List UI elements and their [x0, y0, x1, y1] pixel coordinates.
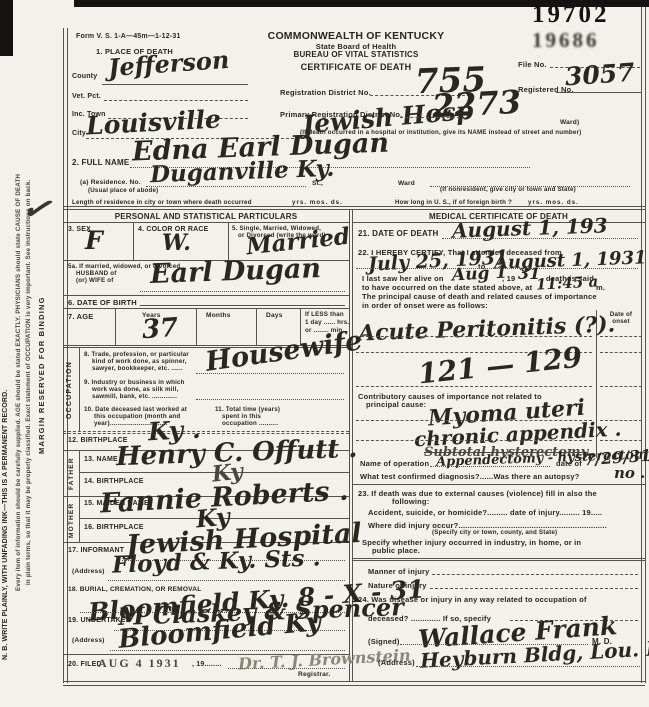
primary-district-line: [400, 117, 460, 118]
operation-line: [430, 466, 550, 467]
margin-binding-label: MARGIN RESERVED FOR BINDING: [37, 268, 46, 483]
residence-label: (a) Residence. No.: [80, 179, 141, 187]
registered-no-line: [556, 92, 642, 93]
dob-label: 6. DATE OF BIRTH: [68, 298, 137, 307]
age-div-1: [115, 308, 116, 345]
occ8-label-c: sawyer, bookkeeper, etc. ......: [92, 365, 183, 373]
mother-cell-divider: [79, 496, 80, 542]
mother-vertical-label: MOTHER: [68, 498, 75, 542]
file-no-label: File No.: [518, 60, 547, 69]
father-vertical-label: FATHER: [68, 452, 75, 496]
scan-left-edge: [0, 0, 13, 56]
q23-line-e: (Specify city or town, county, and State…: [432, 529, 557, 537]
q23-line-b: following:: [392, 497, 429, 506]
age-label: 7. AGE: [68, 312, 94, 321]
county-line: [102, 84, 248, 85]
occurred-line: to have occurred on the date stated abov…: [362, 283, 532, 292]
age-days-label: Days: [266, 312, 283, 320]
nonresident-line: [430, 186, 630, 187]
row5a-bottom-line: [63, 295, 349, 296]
signed-label: (Signed): [368, 637, 400, 646]
vet-label: Vet. Pct.: [72, 93, 101, 102]
death-certificate-scan: 19702 19686 N. B. WRITE PLAINLY, WITH UN…: [0, 0, 649, 707]
full-name-label: 2. FULL NAME: [72, 158, 129, 168]
race-value: W.: [162, 232, 191, 254]
lastsaw-pre: I last saw her alive on: [362, 274, 444, 283]
informant-address-line: [108, 580, 345, 581]
check-mark-icon: ✓: [19, 189, 54, 228]
age-less-1: If LESS than: [305, 311, 344, 319]
nature-of-injury-label: Nature of injury: [368, 581, 427, 590]
informant-address-value: Floyd & Ky. Sts .: [112, 546, 321, 576]
race-marital-divider: [228, 222, 229, 260]
border-bottom-inner: [63, 681, 645, 682]
county-value: Jefferson: [107, 48, 230, 80]
sex-value: F: [85, 228, 103, 253]
dob-line: [140, 305, 345, 306]
serial-number-stamp: 19702: [532, 1, 610, 29]
spouse-value: Earl Dugan: [150, 255, 322, 288]
nonresident-note: (If nonresident, give city or town and S…: [440, 186, 576, 194]
nature-line: [430, 588, 638, 589]
age-div-2: [196, 308, 197, 345]
vet-line: [104, 100, 248, 101]
age-less-2: 1 day ...... hrs.: [305, 319, 349, 327]
contributory-label-2: principal cause:: [366, 400, 426, 409]
onset-line-1: [600, 336, 642, 337]
operation-date-label: date of: [556, 459, 582, 468]
border-right-inner: [641, 7, 642, 683]
onset-line-3: [600, 386, 642, 387]
spouse-line: [140, 291, 345, 292]
border-right-outer: [645, 7, 646, 683]
physician-address-line: [416, 666, 640, 667]
occ8-value: Housewife: [204, 327, 364, 376]
ward-suffix: Ward): [560, 119, 579, 127]
margin-note-line1: Every item of information should be care…: [15, 62, 22, 702]
father-birthplace-label: 14. BIRTHPLACE: [84, 478, 144, 487]
contrib-line-2: [356, 440, 592, 441]
left-section-title: PERSONAL AND STATISTICAL PARTICULARS: [63, 212, 349, 222]
occupation-vertical-label: OCCUPATION: [66, 352, 73, 428]
occupation-cell-divider: [79, 347, 80, 431]
certify-to-value: August 1, 1931: [494, 249, 647, 272]
primary-district-label: Primary Registration District No.: [280, 110, 402, 119]
occ9-line: [196, 399, 344, 400]
sex-race-divider: [133, 222, 134, 260]
date-of-death-label: 21. DATE OF DEATH: [358, 229, 438, 239]
occ-bottom-line-2: [63, 433, 349, 434]
registered-no-value: 3057: [564, 60, 635, 90]
left-title-line: [63, 222, 349, 223]
county-label: County: [72, 73, 97, 82]
father-cell-divider: [79, 450, 80, 496]
manner-line: [432, 574, 638, 575]
father-name-label: 13. NAME: [84, 456, 118, 465]
filed-label: 20. FILED: [68, 661, 102, 670]
informant-address-label: (Address): [72, 568, 105, 576]
age-months-label: Months: [206, 312, 231, 320]
margin-nb-note: N. B. WRITE PLAINLY, WITH UNFADING INK—T…: [2, 345, 9, 705]
occ9-label-c: sawmill, bank, etc. .............: [92, 393, 177, 401]
date-of-death-line: [442, 238, 638, 239]
residence-line: [146, 186, 306, 187]
occ-bottom-line-1: [63, 431, 349, 432]
onset-line-5: [600, 440, 642, 441]
filed-date-stamp: AUG 4 1931: [98, 656, 181, 671]
abode-note: (Usual place of abode): [88, 187, 158, 195]
border-left-outer: [63, 28, 64, 683]
undertaker-address-label: (Address): [72, 637, 105, 645]
lastsaw-year-printed: , 19: [502, 274, 515, 283]
principal-cause-2: in order of onset were as follows:: [362, 301, 488, 310]
serial-number-smudged: 19686: [532, 28, 600, 53]
city-label: City: [72, 130, 86, 139]
registrar-label: Registrar.: [298, 671, 330, 679]
form-number: Form V. S. 1-A—45m—1-12-31: [76, 33, 181, 42]
filed-year-suffix: , 19........: [192, 661, 222, 670]
section-divider-1: [63, 206, 645, 207]
autopsy-bottom-line: [352, 484, 645, 485]
registrar-line: [228, 668, 345, 669]
margin-note-line2: in plain terms, so that it may be proper…: [25, 62, 32, 702]
bureau-subtitle: BUREAU OF VITAL STATISTICS: [250, 50, 462, 60]
cause-code-value: 121 — 129: [417, 343, 583, 388]
occ8-line: [196, 373, 344, 374]
border-bottom-outer: [63, 685, 645, 686]
lastsaw-date-value: Aug 1: [452, 265, 508, 285]
operation-label: Name of operation: [360, 459, 429, 468]
manner-of-injury-label: Manner of injury: [368, 567, 430, 576]
autopsy-label: What test confirmed diagnosis?......Was …: [360, 472, 580, 481]
q23-line-c: Accident, suicide, or homicide?.........…: [368, 508, 602, 517]
cause-line-1: [356, 336, 592, 337]
ward-label: Ward: [398, 180, 415, 188]
residence-st-label: St.,: [312, 180, 323, 188]
age-years-value: 37: [141, 315, 179, 343]
onset-line-2: [600, 352, 642, 353]
q23-line-g: public place.: [372, 546, 420, 555]
registration-district-label: Registration District No.: [280, 88, 371, 97]
physician-address-label: (Address): [378, 658, 415, 667]
date-of-death-value: August 1, 193: [452, 215, 608, 240]
time-suffix: m.: [596, 283, 605, 292]
section-divider-2: [63, 209, 645, 210]
principal-cause-1: The principal cause of death and related…: [362, 292, 597, 301]
residence-value: Duganville Ky.: [150, 157, 335, 186]
autopsy-value: no .: [614, 466, 645, 481]
q23-bottom-line-2: [352, 560, 645, 561]
spouse-label-3: (or) WIFE of: [76, 277, 113, 285]
dob-bottom-line: [63, 308, 349, 309]
q24-line-a: 24. Was disease or injury in any way rel…: [358, 595, 587, 604]
occ11-label-c: occupation ..........: [222, 420, 278, 428]
q23-bottom-line-1: [352, 558, 645, 559]
time-of-death-value: 11:45 a: [536, 274, 599, 292]
cause-line-3: [356, 386, 592, 387]
